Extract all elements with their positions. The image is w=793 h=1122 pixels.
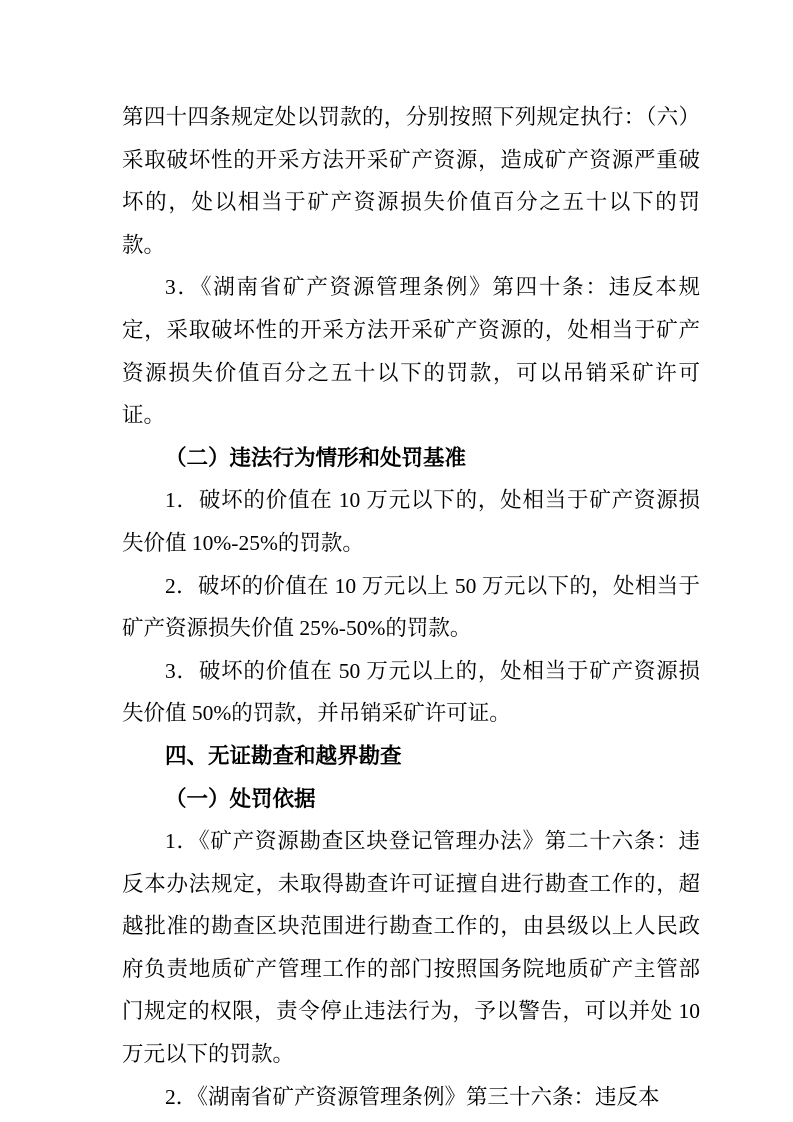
paragraph-criteria-item-1: 1．破坏的价值在 10 万元以下的，处相当于矿产资源损失价值 10%-25%的罚…	[122, 479, 700, 564]
section-heading-violation-circumstances-and-penalty-criteria: （二）违法行为情形和处罚基准	[122, 437, 700, 480]
chapter-heading-unlicensed-and-cross-boundary-exploration: 四、无证勘查和越界勘查	[122, 735, 700, 778]
section-heading-penalty-basis: （一）处罚依据	[122, 778, 700, 821]
paragraph-item-3-hunan-regulation-article-40: 3．《湖南省矿产资源管理条例》第四十条：违反本规定，采取破坏性的开采方法开采矿产…	[122, 266, 700, 436]
paragraph-criteria-item-2: 2．破坏的价值在 10 万元以上 50 万元以下的，处相当于矿产资源损失价值 2…	[122, 565, 700, 650]
paragraph-basis-item-1-exploration-block-registration-article-26: 1．《矿产资源勘查区块登记管理办法》第二十六条：违反本办法规定，未取得勘查许可证…	[122, 820, 700, 1076]
document-page: 第四十四条规定处以罚款的，分别按照下列规定执行：（六）采取破坏性的开采方法开采矿…	[0, 0, 793, 1122]
paragraph-continuation-article-44: 第四十四条规定处以罚款的，分别按照下列规定执行：（六）采取破坏性的开采方法开采矿…	[122, 96, 700, 266]
text-content: 第四十四条规定处以罚款的，分别按照下列规定执行：（六）采取破坏性的开采方法开采矿…	[122, 96, 700, 1118]
paragraph-basis-item-2-hunan-regulation-article-36: 2．《湖南省矿产资源管理条例》第三十六条：违反本	[122, 1076, 700, 1119]
paragraph-criteria-item-3: 3．破坏的价值在 50 万元以上的，处相当于矿产资源损失价值 50%的罚款，并吊…	[122, 650, 700, 735]
